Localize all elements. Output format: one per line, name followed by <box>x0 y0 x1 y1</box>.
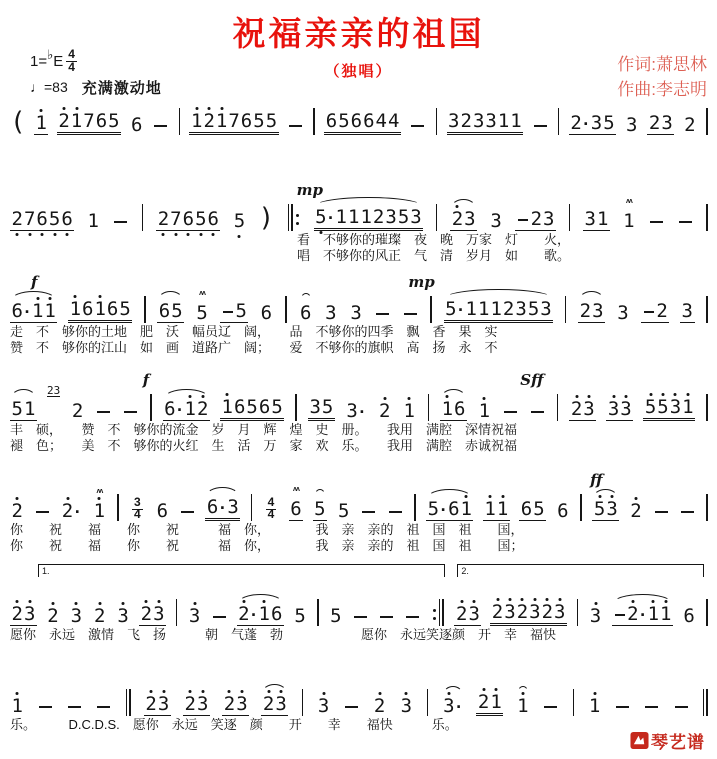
note: 6 <box>557 502 569 521</box>
note-group: 6 <box>155 502 169 521</box>
note: 3 <box>188 607 200 626</box>
note-group: 3 <box>116 607 130 626</box>
barline <box>313 108 315 135</box>
note: 5 <box>235 302 247 321</box>
note-group: 1 <box>587 697 601 716</box>
note: 1 <box>596 210 608 229</box>
note: 6 <box>164 400 176 419</box>
lyrics-line: 丰 硕， 赞 不 够你的流金 岁 月 辉 煌 史 册。 我用 满腔 深情祝福 <box>10 423 709 437</box>
note: 2 <box>11 210 23 229</box>
augmentation-dot: · <box>219 499 227 517</box>
note-group: 27656 <box>156 210 220 231</box>
note: 3 <box>346 402 358 421</box>
note: 2 <box>58 112 70 131</box>
parenthesis: ( <box>10 109 26 135</box>
key-prefix: 1= <box>30 53 47 70</box>
lyrics-line: 褪 色； 美 不 够你的火红 生 活 万 家 欢 乐。 我用 满腔 赤诚祝福 <box>10 439 709 453</box>
note-group: 23 <box>261 695 288 716</box>
dash <box>36 511 49 513</box>
composer-credit: 作曲:李志明 <box>617 77 707 102</box>
barline <box>288 204 293 231</box>
note: 3 <box>681 302 693 321</box>
key-letter: E <box>53 53 63 70</box>
note: 3 <box>540 300 552 319</box>
note-group: 21765 <box>57 112 121 135</box>
tie-arc <box>427 489 472 498</box>
note: 6 <box>206 498 218 517</box>
note-group: 5 <box>232 212 246 231</box>
notes-row: mp276561276565)5·111235323323311ʌʌ <box>10 199 709 231</box>
music-system: ff22·1ʌʌ3466·3446ʌʌ555·6111656532你 祝 福 你… <box>10 489 709 553</box>
note: 3 <box>400 697 412 716</box>
tie-arc <box>158 291 183 300</box>
note: 1 <box>465 300 477 319</box>
dash <box>289 125 302 127</box>
barline <box>558 108 560 135</box>
augmentation-dot: · <box>74 503 82 521</box>
note: 5 <box>445 300 457 319</box>
note: 2 <box>570 114 582 133</box>
note: 2 <box>656 302 668 321</box>
note: 5 <box>644 398 656 417</box>
note-group: 1ʌʌ <box>622 212 636 231</box>
note: 5 <box>294 607 306 626</box>
note: 5 <box>11 400 23 419</box>
note: 1 <box>403 402 415 421</box>
volta-label: 1. <box>42 566 50 576</box>
dash <box>679 221 692 223</box>
barline <box>706 108 708 135</box>
note-group: 6 <box>682 607 696 626</box>
tie-arc <box>451 199 476 208</box>
barline <box>428 394 430 421</box>
note-group: 6 <box>129 116 143 135</box>
tie-arc <box>443 686 463 695</box>
note: 5 <box>657 398 669 417</box>
note-group: 1217655 <box>189 112 278 135</box>
augmentation-dot: · <box>457 301 465 319</box>
augmentation-dot: · <box>358 403 366 421</box>
dash <box>675 706 688 708</box>
note: 5 <box>246 398 258 417</box>
note: 6 <box>182 210 194 229</box>
ts-bottom: 4 <box>268 507 275 521</box>
note: 2 <box>157 210 169 229</box>
note-group: 323311 <box>447 112 524 135</box>
note: 3 <box>490 212 502 231</box>
dash <box>213 616 226 618</box>
note: 2 <box>516 603 528 622</box>
note: 2 <box>145 695 157 714</box>
dash <box>223 311 233 313</box>
mordent-icon: ʌʌ <box>293 486 299 493</box>
tie-arc <box>314 489 326 498</box>
note: 3 <box>468 605 480 624</box>
note-group: 2 <box>46 607 60 626</box>
note-group: 3 <box>69 607 83 626</box>
note-group: 23 <box>144 695 171 716</box>
augmentation-dot: · <box>176 401 184 419</box>
note-group: 6·3 <box>205 498 240 521</box>
note: 1 <box>490 300 502 319</box>
note: 1 <box>496 500 508 519</box>
note: 4 <box>388 112 400 131</box>
augmentation-dot: · <box>250 606 258 624</box>
note: 3 <box>23 605 35 624</box>
augmentation-dot: · <box>23 303 31 321</box>
note-group: 1 <box>402 402 416 421</box>
note: 1 <box>335 208 347 227</box>
music-system: fmp6·1116165655ʌʌ566335·111235323323走 不 … <box>10 291 709 355</box>
dash <box>644 311 654 313</box>
barline <box>179 108 181 135</box>
qinyipu-watermark: 琴艺谱 <box>630 728 705 753</box>
note: 7 <box>23 210 35 229</box>
note-group: 6 <box>556 502 570 521</box>
note: 1 <box>682 398 694 417</box>
note-group: 6·12 <box>163 400 210 421</box>
key-tempo-block: 1=♭E 4 4 ♩=83 充满激动地 <box>30 46 162 98</box>
lyrics-line: 乐。 D.C.D.S. 愿你 永远 笑逐 颜 开 幸 福快 乐。 <box>10 718 709 732</box>
mordent-icon: ʌʌ <box>96 488 102 495</box>
note: 3 <box>385 208 397 227</box>
note: 5 <box>171 302 183 321</box>
volta-bracket: 1. <box>38 564 445 577</box>
note: 6 <box>260 304 272 323</box>
note: 5 <box>265 112 277 131</box>
dash <box>39 706 52 708</box>
augmentation-dot: · <box>582 115 590 133</box>
note: 2 <box>579 302 591 321</box>
music-system: 1232323233233·2111乐。 D.C.D.S. 愿你 永远 笑逐 颜… <box>10 684 709 732</box>
note: 5 <box>119 300 131 319</box>
note: 2 <box>530 210 542 229</box>
note: 2 <box>460 112 472 131</box>
parenthesis: ) <box>258 205 274 231</box>
note: 3 <box>584 210 596 229</box>
note-group: 5·1112353 <box>444 300 554 323</box>
note: 2 <box>648 114 660 133</box>
dash <box>411 125 424 127</box>
tempo-value: =83 <box>44 79 68 95</box>
note-group: 65 <box>519 500 546 521</box>
note-group: 6 <box>259 304 273 323</box>
note: 5 <box>338 112 350 131</box>
dash <box>544 706 557 708</box>
note-group: 5 <box>329 607 343 626</box>
end-repeat <box>430 599 446 626</box>
barline <box>565 296 567 323</box>
note-group: 2 <box>641 302 669 323</box>
tie-arc <box>164 389 209 398</box>
note: 1 <box>31 302 43 321</box>
note-group: 1 <box>34 114 48 135</box>
note: 5 <box>315 208 327 227</box>
barline <box>439 599 444 626</box>
tie-arc <box>315 197 423 206</box>
note: 6 <box>95 112 107 131</box>
note-group: 16565 <box>220 398 284 421</box>
barline <box>706 599 708 626</box>
note: 5 <box>233 212 245 231</box>
note: 6 <box>290 500 302 519</box>
note: 6 <box>271 605 283 624</box>
note-group: 3 <box>680 302 694 323</box>
note: 1 <box>360 208 372 227</box>
barline <box>430 296 432 323</box>
note: 2 <box>11 605 23 624</box>
tie-arc <box>206 487 239 496</box>
note: 3 <box>197 695 209 714</box>
note-group: 1ʌʌ <box>92 502 106 521</box>
note: 3 <box>589 607 601 626</box>
augmentation-dot: · <box>455 698 463 716</box>
note: 6 <box>233 398 245 417</box>
note: 2 <box>627 605 639 624</box>
note: 3 <box>157 695 169 714</box>
note: 5 <box>337 502 349 521</box>
note: 3 <box>617 304 629 323</box>
note: 3 <box>583 400 595 419</box>
flat-sign: ♭ <box>47 47 53 63</box>
note: 5 <box>533 500 545 519</box>
note: 1 <box>647 605 659 624</box>
barline <box>706 204 708 231</box>
tempo-line: ♩=83 充满激动地 <box>30 76 162 98</box>
note-group: 2 <box>92 607 106 626</box>
note: 5 <box>195 210 207 229</box>
tie-arc <box>300 293 312 302</box>
note-group: 16 <box>440 400 467 421</box>
note: 3 <box>661 114 673 133</box>
credits-block: 作词:萧思林 作曲:李志明 <box>617 52 707 102</box>
note: 5 <box>527 300 539 319</box>
music-system: (121765612176556566443233112·353232 <box>10 103 709 135</box>
barline <box>295 394 297 421</box>
note: 2 <box>378 402 390 421</box>
dash <box>681 511 694 513</box>
expression-text: 充满激动地 <box>82 77 162 98</box>
note-group: 3 <box>489 212 503 231</box>
tie-arc <box>445 289 553 298</box>
note: 1 <box>623 212 635 231</box>
note: 2 <box>238 605 250 624</box>
note: 3 <box>410 208 422 227</box>
note: 3 <box>325 304 337 323</box>
note-group: 3 <box>399 697 413 716</box>
note-group: 5·1112353 <box>314 208 424 231</box>
note: 1 <box>11 697 23 716</box>
note: 3 <box>472 112 484 131</box>
note-group: 1 <box>516 697 530 716</box>
note: 1 <box>478 402 490 421</box>
note: 3 <box>275 695 287 714</box>
tie-arc <box>11 389 36 398</box>
sheet-music-page: 祝福亲亲的祖国 （独唱） 作词:萧思林 作曲:李志明 1=♭E 4 4 ♩=83… <box>0 0 717 759</box>
music-system: 1.2.2323232332·16552323232332·116愿你 永远 激… <box>10 594 709 642</box>
note-group: 5 <box>313 500 327 521</box>
note: 1 <box>484 500 496 519</box>
note-group: 5531 <box>643 398 695 421</box>
note: 1 <box>660 605 672 624</box>
barline <box>126 689 131 716</box>
note: 5 <box>397 208 409 227</box>
barline <box>573 689 575 716</box>
note-group: 3 <box>324 304 338 323</box>
barline <box>706 494 708 521</box>
tie-arc <box>593 489 618 498</box>
dynamic-mark: f <box>31 273 37 291</box>
dash <box>518 219 528 221</box>
note-group: 23 <box>578 302 605 323</box>
note: 6 <box>156 502 168 521</box>
mordent-icon: ʌʌ <box>199 290 205 297</box>
note: 5 <box>108 112 120 131</box>
note: 1 <box>215 112 227 131</box>
dash <box>389 511 402 513</box>
note-group: 5 <box>336 502 350 521</box>
note: 6 <box>683 607 695 626</box>
tie-arc <box>517 686 529 695</box>
note: 1 <box>69 300 81 319</box>
barline <box>706 394 708 421</box>
note-group: 6·11 <box>10 302 57 323</box>
note-group: 2 <box>70 402 84 421</box>
dynamic-mark: mp <box>408 273 434 291</box>
barline <box>150 394 152 421</box>
note-group: 2 <box>377 402 391 421</box>
volta-label: 2. <box>461 566 469 576</box>
note: 3 <box>464 210 476 229</box>
dash <box>380 616 393 618</box>
dash <box>404 313 417 315</box>
notes-row: fSff512326·1216565353·2116123335531 <box>10 389 709 421</box>
music-system: mp276561276565)5·111235323323311ʌʌ看 不够你的… <box>10 199 709 263</box>
note: 6 <box>130 116 142 135</box>
note: 5 <box>603 114 615 133</box>
note-group: 3 <box>588 607 602 626</box>
note-group: 23 <box>454 605 481 626</box>
note-group: 5 <box>293 607 307 626</box>
dash <box>97 411 110 413</box>
note: 5 <box>330 607 342 626</box>
note: 2 <box>477 693 489 712</box>
dash <box>615 614 625 616</box>
note-group: 3· <box>442 697 464 716</box>
dash <box>114 221 127 223</box>
notes-row: 1232323233233·2111 <box>10 684 709 716</box>
note-group: 33 <box>606 400 633 421</box>
note-group: 5 <box>220 302 248 323</box>
note: 3 <box>592 302 604 321</box>
note: 2 <box>570 400 582 419</box>
key-signature: 1=♭E 4 4 <box>30 46 162 76</box>
note: 3 <box>626 116 638 135</box>
tie-arc <box>11 291 56 300</box>
notes-row: fmp6·1116165655ʌʌ566335·111235323323 <box>10 291 709 323</box>
qinyipu-logo-icon <box>630 731 649 750</box>
dash <box>354 616 367 618</box>
time-signature-change: 44 <box>266 496 277 521</box>
note: 3 <box>443 697 455 716</box>
dash <box>531 411 544 413</box>
barline <box>117 494 119 521</box>
notes-row: (121765612176556566443233112·353232 <box>10 103 709 135</box>
note: 3 <box>606 500 618 519</box>
lyrics-line: 你 祝 福 你 祝 福 你， 我 亲 亲的 祖 国 祖 国， <box>10 523 709 537</box>
note: 1 <box>94 300 106 319</box>
note-group: 2 <box>683 116 697 135</box>
augmentation-dot: · <box>440 501 448 519</box>
note: 1 <box>221 398 233 417</box>
dash <box>645 706 658 708</box>
note: 2 <box>630 502 642 521</box>
lyrics-line: 愿你 永远 激情 飞 扬 朝 气蓬 勃 愿你 永远笑逐颜 开 幸 福快 <box>10 628 709 642</box>
note: 3 <box>317 697 329 716</box>
augmentation-dot: · <box>327 209 335 227</box>
barline <box>302 689 304 716</box>
note-group: 3 <box>349 304 363 323</box>
note: 2 <box>541 603 553 622</box>
note: 6 <box>325 112 337 131</box>
dash <box>376 313 389 315</box>
note: 5 <box>427 500 439 519</box>
barline <box>577 599 579 626</box>
note: 3 <box>607 400 619 419</box>
note: 2 <box>71 402 83 421</box>
dynamic-mark: ff <box>590 471 602 489</box>
note: 5 <box>271 398 283 417</box>
note: 1 <box>441 400 453 419</box>
note-group: 23 <box>569 400 596 421</box>
note: 6 <box>158 302 170 321</box>
barline <box>285 296 287 323</box>
note-group: 23 <box>222 695 249 716</box>
note: 1 <box>184 400 196 419</box>
note: 2 <box>11 502 23 521</box>
note: 6 <box>82 300 94 319</box>
note: 2 <box>203 112 215 131</box>
note: 5 <box>48 210 60 229</box>
note: 2 <box>47 607 59 626</box>
note: 1 <box>70 112 82 131</box>
note-group: 11 <box>483 500 510 521</box>
note: 6 <box>258 398 270 417</box>
barline <box>580 494 582 521</box>
lyrics-line: 赞 不 够你的江山 如 画 道路广 阔； 爱 不够你的旗帜 高 扬 永 不 <box>10 341 709 355</box>
logo-text: 琴艺谱 <box>651 728 705 753</box>
dynamic-mark: Sff <box>520 371 543 389</box>
note: 3 <box>350 304 362 323</box>
dash <box>406 616 419 618</box>
lyrics-line: 你 祝 福 你 祝 福 你， 我 亲 亲的 祖 国 祖 国； <box>10 539 709 553</box>
note: 3 <box>309 398 321 417</box>
note: 6 <box>363 112 375 131</box>
repeat-dots <box>433 609 436 620</box>
ts-bottom: 4 <box>134 507 141 521</box>
tie-arc <box>441 389 466 398</box>
dash <box>616 706 629 708</box>
barline <box>427 689 429 716</box>
note: 3 <box>448 112 460 131</box>
note: 3 <box>236 695 248 714</box>
barline <box>251 494 253 521</box>
note: 7 <box>228 112 240 131</box>
note-group: 23 <box>450 210 477 231</box>
note: 5 <box>593 500 605 519</box>
mordent-icon: ʌʌ <box>626 198 632 205</box>
volta-bracket: 2. <box>457 564 704 577</box>
